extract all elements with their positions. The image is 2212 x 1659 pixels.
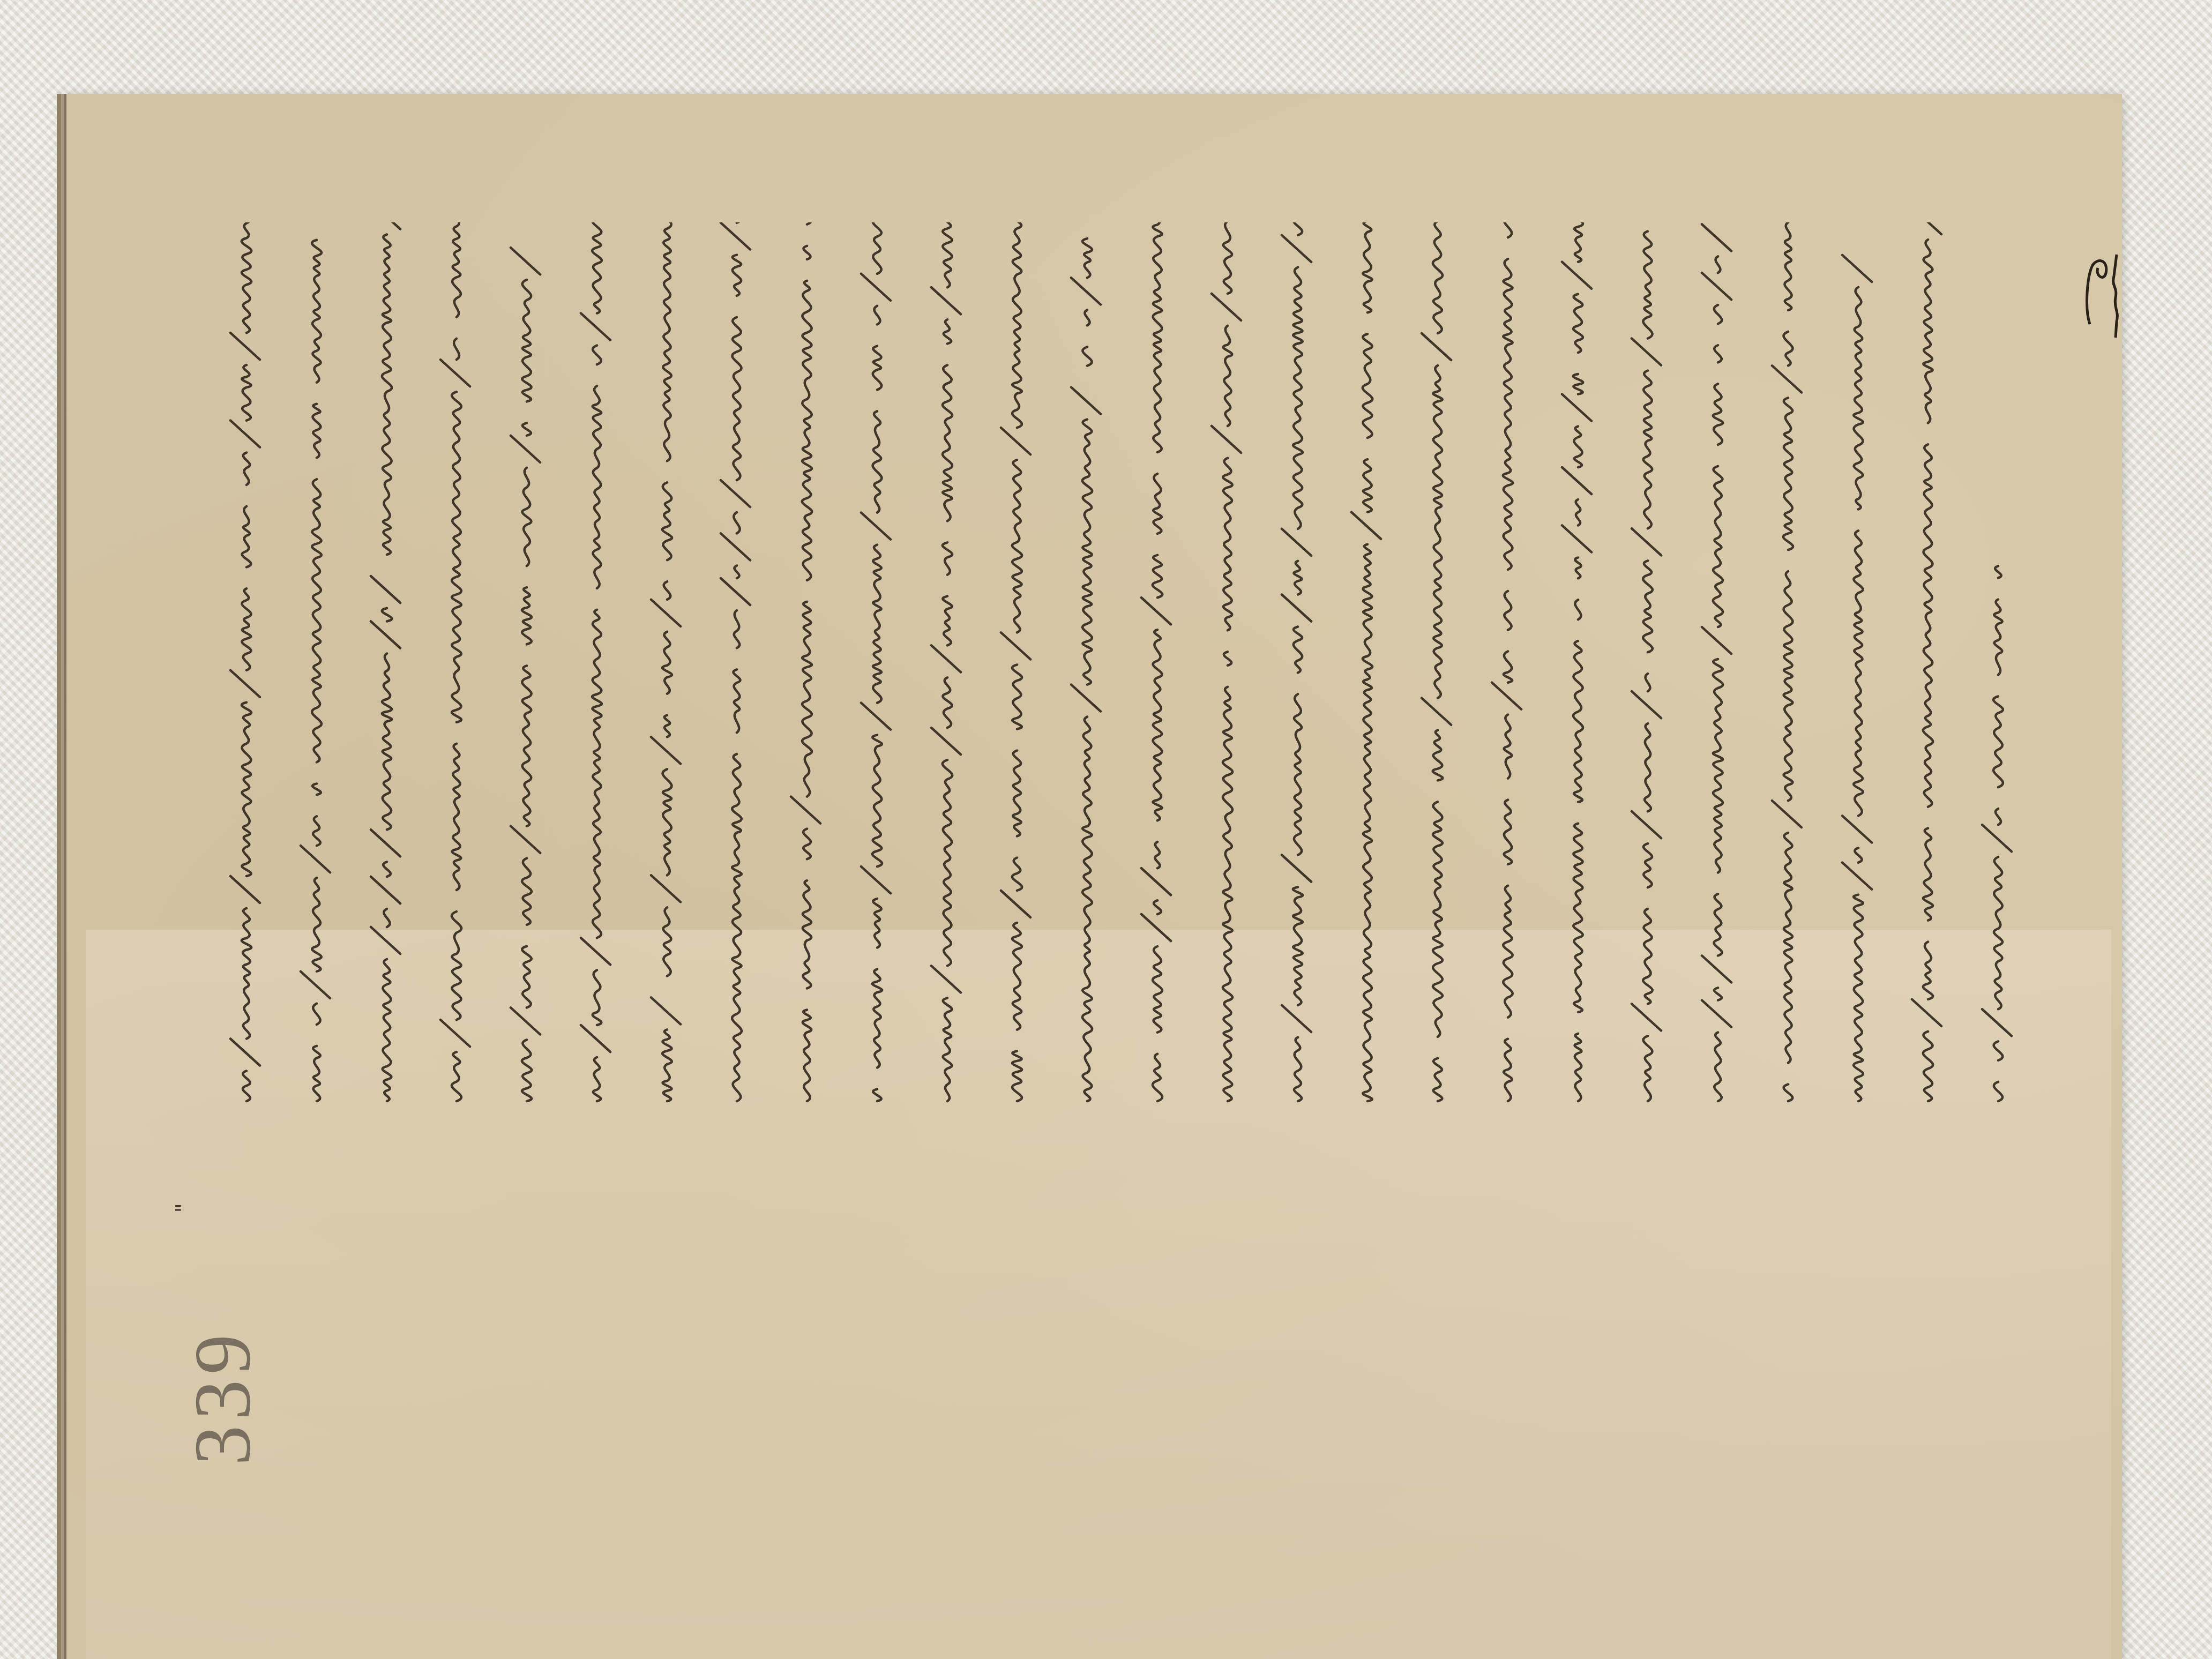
handwritten-line [1971, 222, 2022, 1107]
folio-number: 339 [177, 1289, 246, 1466]
handwritten-line [1901, 222, 1952, 1107]
handwritten-line [1411, 222, 1462, 1107]
handwritten-line [1551, 222, 1602, 1107]
handwritten-line [1201, 222, 1252, 1107]
handwritten-line [1481, 222, 1532, 1107]
handwritten-line [1691, 222, 1742, 1107]
handwritten-line [850, 222, 901, 1107]
handwritten-line [430, 222, 481, 1107]
manuscript-page: mm " 339 [64, 94, 2122, 1659]
ink-mark: " [171, 1203, 196, 1213]
handwritten-line [1271, 222, 1322, 1107]
handwritten-line [780, 222, 831, 1107]
handwritten-line [1621, 222, 1672, 1107]
handwritten-line [1060, 222, 1111, 1107]
handwritten-line [921, 222, 972, 1107]
handwritten-line [500, 222, 551, 1107]
handwritten-line [1131, 222, 1182, 1107]
handwritten-line [1761, 222, 1812, 1107]
handwritten-line [1341, 222, 1392, 1107]
page-edge [64, 94, 66, 1659]
handwritten-line [220, 222, 271, 1107]
handwritten-line [710, 222, 761, 1107]
handwritten-line [570, 222, 621, 1107]
handwritten-text-block [220, 222, 2042, 1107]
handwritten-line [640, 222, 691, 1107]
handwritten-line [290, 222, 341, 1107]
handwritten-line [360, 222, 411, 1107]
catchword: mm [2068, 244, 2127, 340]
handwritten-line [990, 222, 1041, 1107]
handwritten-line [1832, 222, 1882, 1107]
